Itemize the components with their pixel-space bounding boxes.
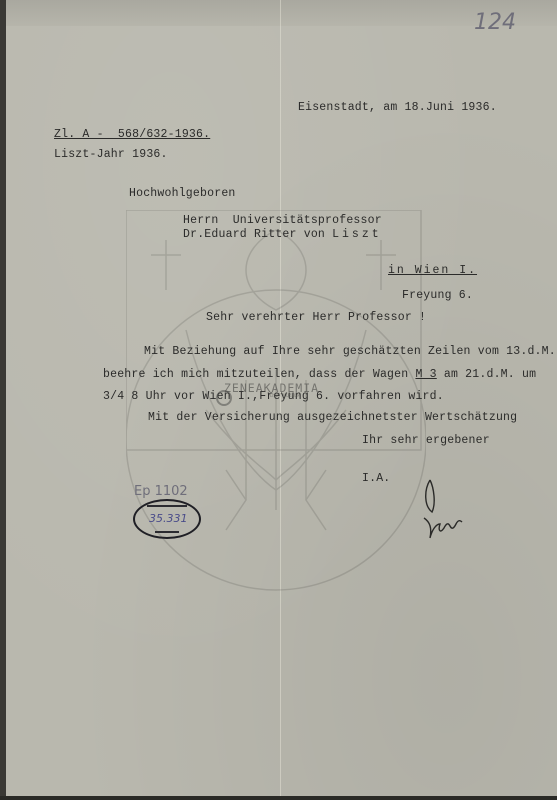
greeting: Sehr verehrter Herr Professor ! bbox=[206, 311, 426, 324]
body-line-2-end: am 21.d.M. um bbox=[437, 368, 536, 381]
recipient-line-1: Herrn Universitätsprofessor bbox=[183, 214, 382, 227]
recipient-city: in Wien I. bbox=[388, 264, 477, 277]
subject-line: Liszt-Jahr 1936. bbox=[54, 148, 168, 161]
handwritten-page-number: 124 bbox=[474, 10, 516, 35]
recipient-street: Freyung 6. bbox=[402, 289, 473, 302]
signature-prefix: I.A. bbox=[362, 472, 390, 485]
archive-note: Ep 1102 bbox=[134, 484, 188, 499]
signature-icon bbox=[416, 478, 476, 540]
recipient-surname: Liszt bbox=[332, 228, 382, 241]
coat-of-arms-watermark-icon bbox=[126, 210, 426, 610]
reference-number: Zl. A - 568/632-1936. bbox=[54, 128, 210, 141]
stamp-bottom-text bbox=[155, 531, 179, 533]
recipient-name-prefix: Dr.Eduard Ritter von bbox=[183, 228, 332, 241]
body-line-2: beehre ich mich mitzuteilen, dass der Wa… bbox=[103, 368, 536, 381]
stamp-top-text bbox=[147, 505, 187, 507]
body-line-2-start: beehre ich mich mitzuteilen, dass der Wa… bbox=[103, 368, 415, 381]
body-line-1: Mit Beziehung auf Ihre sehr geschätzten … bbox=[144, 345, 556, 358]
place-date: Eisenstadt, am 18.Juni 1936. bbox=[298, 101, 497, 114]
archive-stamp: 35.331 bbox=[133, 499, 201, 539]
vehicle-id: M 3 bbox=[415, 368, 436, 381]
recipient-line-2: Dr.Eduard Ritter von Liszt bbox=[183, 228, 382, 241]
salutation-title: Hochwohlgeboren bbox=[129, 187, 236, 200]
closing: Ihr sehr ergebener bbox=[362, 434, 490, 447]
scan-bottom-edge bbox=[0, 796, 557, 800]
overprint-sublabel: LISZT MÚZEUM bbox=[270, 393, 300, 398]
stamp-number: 35.331 bbox=[149, 512, 188, 525]
body-line-4: Mit der Versicherung ausgezeichnetster W… bbox=[148, 411, 517, 424]
letter-page: 124 Eisenstadt, am 18.Juni 1936. Zl. A -… bbox=[6, 0, 557, 796]
